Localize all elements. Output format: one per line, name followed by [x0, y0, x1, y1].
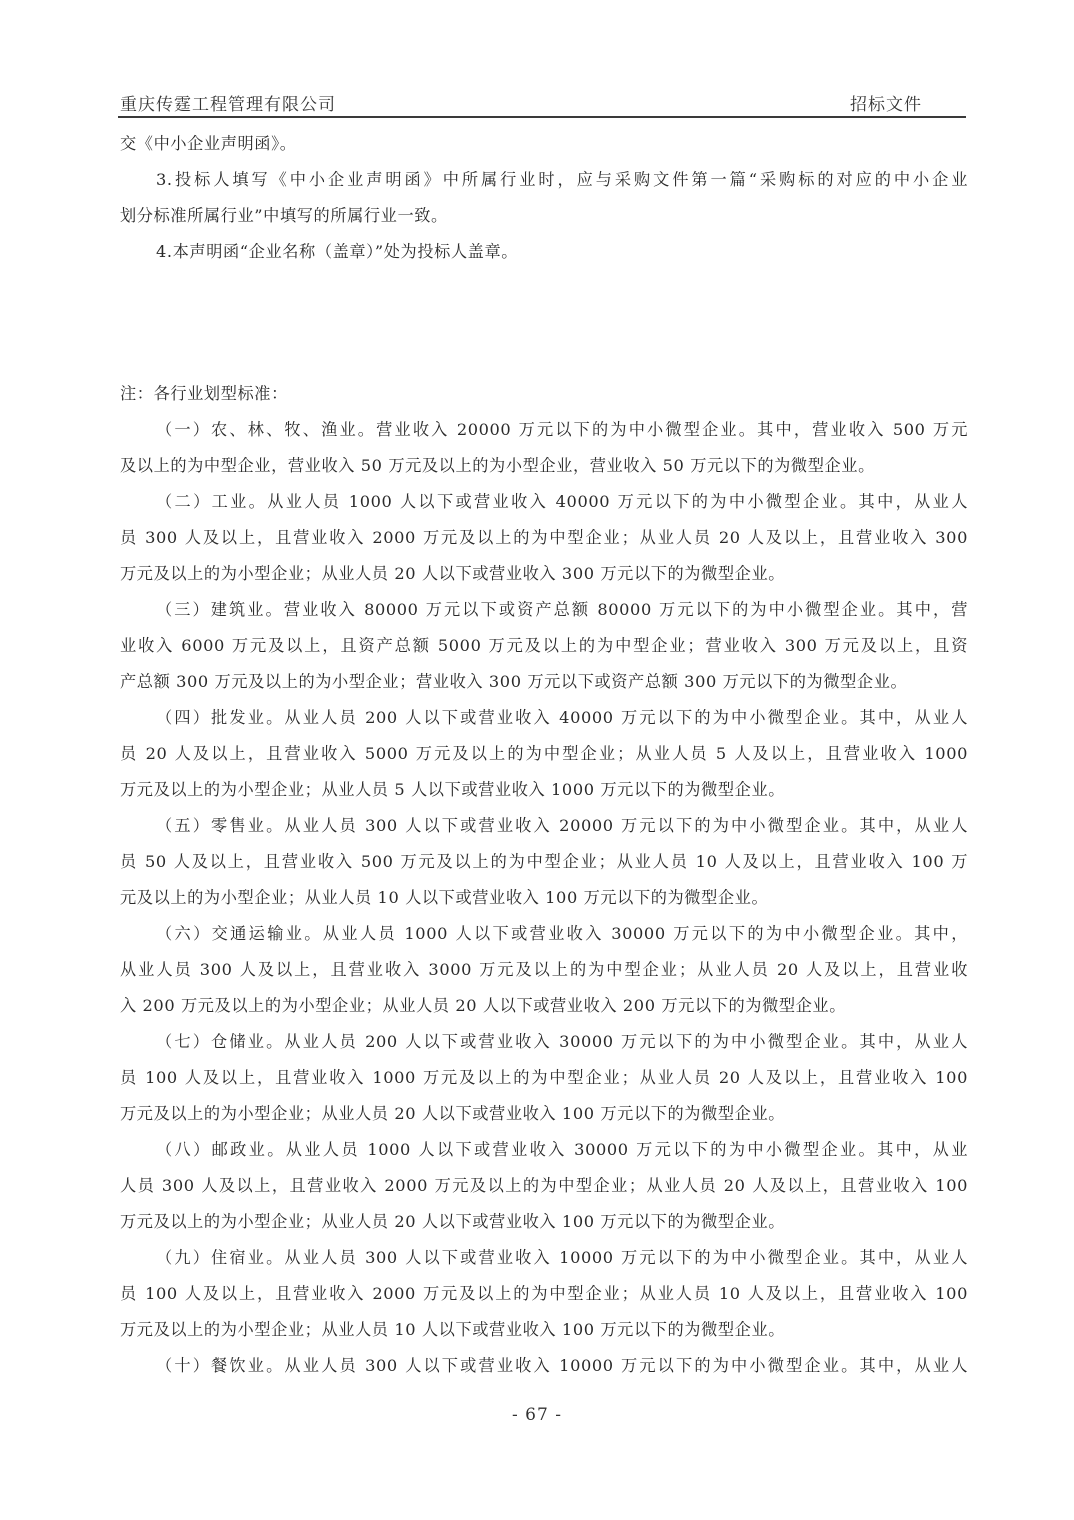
industry-catering: （十）餐饮业。从业人员 300 人以下或营业收入 10000 万元以下的为中小微… [120, 1348, 968, 1384]
paragraph-line: 员 100 人及以上，且营业收入 1000 万元及以上的为中型企业；从业人员 2… [120, 1060, 968, 1096]
industry-transportation: （六）交通运输业。从业人员 1000 人以下或营业收入 30000 万元以下的为… [120, 916, 968, 1024]
paragraph-line: 入 200 万元及以上的为小型企业；从业人员 20 人以下或营业收入 200 万… [120, 988, 968, 1024]
intro-line-2: 3.投标人填写《中小企业声明函》中所属行业时，应与采购文件第一篇“采购标的对应的… [120, 162, 968, 198]
blank-space [120, 270, 968, 376]
paragraph-line: 员 100 人及以上，且营业收入 2000 万元及以上的为中型企业；从业人员 1… [120, 1276, 968, 1312]
industry-retail: （五）零售业。从业人员 300 人以下或营业收入 20000 万元以下的为中小微… [120, 808, 968, 916]
industry-wholesale: （四）批发业。从业人员 200 人以下或营业收入 40000 万元以下的为中小微… [120, 700, 968, 808]
page-header: 重庆传霆工程管理有限公司 招标文件 [118, 88, 966, 118]
paragraph-line: （二）工业。从业人员 1000 人以下或营业收入 40000 万元以下的为中小微… [120, 484, 968, 520]
intro-line-1: 交《中小企业声明函》。 [120, 126, 968, 162]
paragraph-line: 万元及以上的为小型企业；从业人员 20 人以下或营业收入 100 万元以下的为微… [120, 1096, 968, 1132]
paragraph-line: 业收入 6000 万元及以上，且资产总额 5000 万元及以上的为中型企业；营业… [120, 628, 968, 664]
company-name: 重庆传霆工程管理有限公司 [120, 90, 336, 115]
paragraph-line: 员 20 人及以上，且营业收入 5000 万元及以上的为中型企业；从业人员 5 … [120, 736, 968, 772]
paragraph-line: 人员 300 人及以上，且营业收入 2000 万元及以上的为中型企业；从业人员 … [120, 1168, 968, 1204]
page-number: - 67 - [0, 1405, 1074, 1425]
paragraph-line: 从业人员 300 人及以上，且营业收入 3000 万元及以上的为中型企业；从业人… [120, 952, 968, 988]
paragraph-line: （七）仓储业。从业人员 200 人以下或营业收入 30000 万元以下的为中小微… [120, 1024, 968, 1060]
paragraph-line: 万元及以上的为小型企业；从业人员 20 人以下或营业收入 300 万元以下的为微… [120, 556, 968, 592]
paragraph-line: 万元及以上的为小型企业；从业人员 5 人以下或营业收入 1000 万元以下的为微… [120, 772, 968, 808]
industry-standards: （一）农、林、牧、渔业。营业收入 20000 万元以下的为中小微型企业。其中，营… [120, 412, 968, 1384]
paragraph-line: （四）批发业。从业人员 200 人以下或营业收入 40000 万元以下的为中小微… [120, 700, 968, 736]
paragraph-line: 万元及以上的为小型企业；从业人员 10 人以下或营业收入 100 万元以下的为微… [120, 1312, 968, 1348]
paragraph-line: （十）餐饮业。从业人员 300 人以下或营业收入 10000 万元以下的为中小微… [120, 1348, 968, 1384]
document-type: 招标文件 [850, 90, 922, 115]
intro-line-3: 划分标准所属行业”中填写的所属行业一致。 [120, 198, 968, 234]
paragraph-line: （六）交通运输业。从业人员 1000 人以下或营业收入 30000 万元以下的为… [120, 916, 968, 952]
industry-manufacturing: （二）工业。从业人员 1000 人以下或营业收入 40000 万元以下的为中小微… [120, 484, 968, 592]
industry-postal: （八）邮政业。从业人员 1000 人以下或营业收入 30000 万元以下的为中小… [120, 1132, 968, 1240]
intro-section: 交《中小企业声明函》。 3.投标人填写《中小企业声明函》中所属行业时，应与采购文… [120, 126, 968, 270]
intro-line-4: 4.本声明函“企业名称（盖章）”处为投标人盖章。 [120, 234, 968, 270]
note-title: 注：各行业划型标准： [120, 376, 968, 412]
industry-warehousing: （七）仓储业。从业人员 200 人以下或营业收入 30000 万元以下的为中小微… [120, 1024, 968, 1132]
page-body: 交《中小企业声明函》。 3.投标人填写《中小企业声明函》中所属行业时，应与采购文… [120, 126, 968, 1384]
paragraph-line: 及以上的为中型企业，营业收入 50 万元及以上的为小型企业，营业收入 50 万元… [120, 448, 968, 484]
paragraph-line: 员 300 人及以上，且营业收入 2000 万元及以上的为中型企业；从业人员 2… [120, 520, 968, 556]
paragraph-line: （五）零售业。从业人员 300 人以下或营业收入 20000 万元以下的为中小微… [120, 808, 968, 844]
industry-agriculture: （一）农、林、牧、渔业。营业收入 20000 万元以下的为中小微型企业。其中，营… [120, 412, 968, 484]
paragraph-line: 万元及以上的为小型企业；从业人员 20 人以下或营业收入 100 万元以下的为微… [120, 1204, 968, 1240]
paragraph-line: 员 50 人及以上，且营业收入 500 万元及以上的为中型企业；从业人员 10 … [120, 844, 968, 880]
paragraph-line: （九）住宿业。从业人员 300 人以下或营业收入 10000 万元以下的为中小微… [120, 1240, 968, 1276]
paragraph-line: 元及以上的为小型企业；从业人员 10 人以下或营业收入 100 万元以下的为微型… [120, 880, 968, 916]
paragraph-line: （一）农、林、牧、渔业。营业收入 20000 万元以下的为中小微型企业。其中，营… [120, 412, 968, 448]
paragraph-line: （三）建筑业。营业收入 80000 万元以下或资产总额 80000 万元以下的为… [120, 592, 968, 628]
industry-construction: （三）建筑业。营业收入 80000 万元以下或资产总额 80000 万元以下的为… [120, 592, 968, 700]
paragraph-line: 产总额 300 万元及以上的为小型企业；营业收入 300 万元以下或资产总额 3… [120, 664, 968, 700]
paragraph-line: （八）邮政业。从业人员 1000 人以下或营业收入 30000 万元以下的为中小… [120, 1132, 968, 1168]
industry-accommodation: （九）住宿业。从业人员 300 人以下或营业收入 10000 万元以下的为中小微… [120, 1240, 968, 1348]
